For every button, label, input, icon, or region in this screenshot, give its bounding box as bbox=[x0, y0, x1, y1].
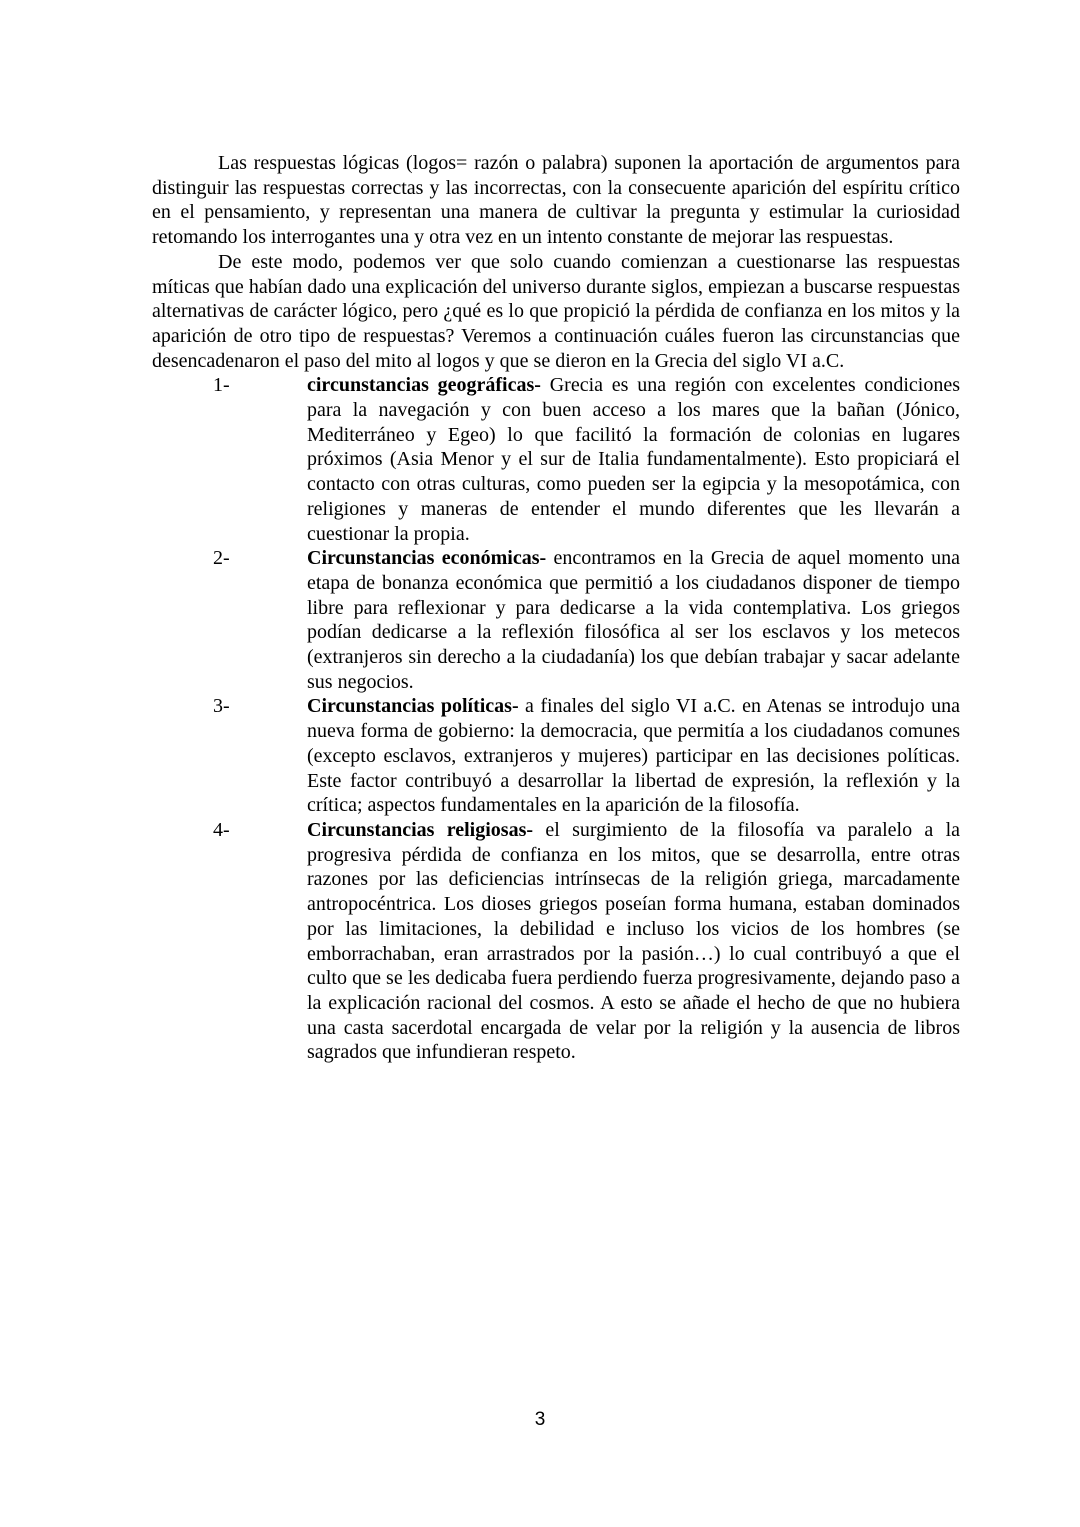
list-item-body: el surgimiento de la filosofía va parale… bbox=[307, 819, 960, 1063]
list-item-marker: 1- bbox=[213, 373, 230, 398]
list-item: 2-Circunstancias económicas- encontramos… bbox=[152, 546, 960, 694]
document-page: Las respuestas lógicas (logos= razón o p… bbox=[0, 0, 1080, 1527]
list-item-heading: circunstancias geográficas- bbox=[307, 374, 541, 396]
list-item: 1-circunstancias geográficas- Grecia es … bbox=[152, 373, 960, 546]
list-item-marker: 4- bbox=[213, 818, 230, 843]
list-item-body: Grecia es una región con excelentes cond… bbox=[307, 374, 960, 544]
list-item-heading: Circunstancias económicas- bbox=[307, 547, 546, 569]
list-item: 3-Circunstancias políticas- a finales de… bbox=[152, 694, 960, 818]
list-item: 4-Circunstancias religiosas- el surgimie… bbox=[152, 818, 960, 1065]
body-paragraph: De este modo, podemos ver que solo cuand… bbox=[152, 250, 960, 374]
text-block: Las respuestas lógicas (logos= razón o p… bbox=[152, 151, 960, 1065]
list-item-heading: Circunstancias religiosas- bbox=[307, 819, 533, 841]
body-paragraph: Las respuestas lógicas (logos= razón o p… bbox=[152, 151, 960, 250]
list-item-heading: Circunstancias políticas- bbox=[307, 695, 519, 717]
page-number: 3 bbox=[0, 1408, 1080, 1432]
list-item-marker: 2- bbox=[213, 546, 230, 571]
numbered-list: 1-circunstancias geográficas- Grecia es … bbox=[152, 373, 960, 1065]
list-item-marker: 3- bbox=[213, 694, 230, 719]
